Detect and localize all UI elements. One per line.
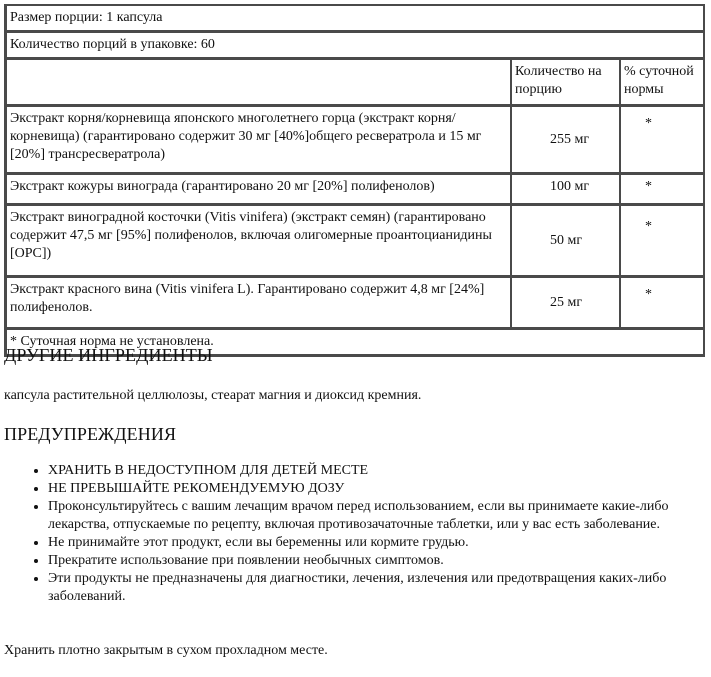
ingredient-amount: 50 мг (511, 204, 620, 276)
table-row: Экстракт красного вина (Vitis vinifera L… (6, 276, 704, 328)
warnings-list: ХРАНИТЬ В НЕДОСТУПНОМ ДЛЯ ДЕТЕЙ МЕСТЕ НЕ… (0, 462, 698, 606)
ingredient-daily-value: * (620, 173, 704, 204)
warning-item: Прекратите использование при появлении н… (48, 552, 698, 570)
header-ingredient (6, 58, 511, 105)
warning-item: Не принимайте этот продукт, если вы бере… (48, 534, 698, 552)
warning-item: Эти продукты не предназначены для диагно… (48, 570, 698, 606)
ingredient-name: Экстракт виноградной косточки (Vitis vin… (6, 204, 511, 276)
table-row: Экстракт виноградной косточки (Vitis vin… (6, 204, 704, 276)
table-row: Экстракт кожуры винограда (гарантировано… (6, 173, 704, 204)
ingredient-name: Экстракт кожуры винограда (гарантировано… (6, 173, 511, 204)
other-ingredients-heading: ДРУГИЕ ИНГРЕДИЕНТЫ (4, 346, 213, 364)
table-row: Экстракт корня/корневища японского много… (6, 105, 704, 173)
other-ingredients-text: капсула растительной целлюлозы, стеарат … (4, 387, 421, 405)
servings-per-container: Количество порций в упаковке: 60 (6, 31, 704, 58)
table-header-row: Количество на порцию % суточной нормы (6, 58, 704, 105)
serving-size: Размер порции: 1 капсула (6, 6, 704, 31)
ingredient-daily-value: * (620, 204, 704, 276)
ingredient-amount: 25 мг (511, 276, 620, 328)
ingredient-name: Экстракт красного вина (Vitis vinifera L… (6, 276, 511, 328)
header-amount: Количество на порцию (511, 58, 620, 105)
warnings-heading: ПРЕДУПРЕЖДЕНИЯ (4, 425, 176, 443)
servings-per-container-row: Количество порций в упаковке: 60 (6, 31, 704, 58)
warning-item: Проконсультируйтесь с вашим лечащим врач… (48, 498, 698, 534)
supplement-facts-table: Размер порции: 1 капсула Количество порц… (4, 4, 705, 357)
ingredient-daily-value: * (620, 276, 704, 328)
warning-item: ХРАНИТЬ В НЕДОСТУПНОМ ДЛЯ ДЕТЕЙ МЕСТЕ (48, 462, 698, 480)
page: Размер порции: 1 капсула Количество порц… (0, 0, 711, 357)
ingredient-amount: 100 мг (511, 173, 620, 204)
serving-size-row: Размер порции: 1 капсула (6, 6, 704, 31)
storage-instructions: Хранить плотно закрытым в сухом прохладн… (4, 642, 328, 660)
header-daily-value: % суточной нормы (620, 58, 704, 105)
warning-item: НЕ ПРЕВЫШАЙТЕ РЕКОМЕНДУЕМУЮ ДОЗУ (48, 480, 698, 498)
ingredient-amount: 255 мг (511, 105, 620, 173)
ingredient-daily-value: * (620, 105, 704, 173)
ingredient-name: Экстракт корня/корневища японского много… (6, 105, 511, 173)
